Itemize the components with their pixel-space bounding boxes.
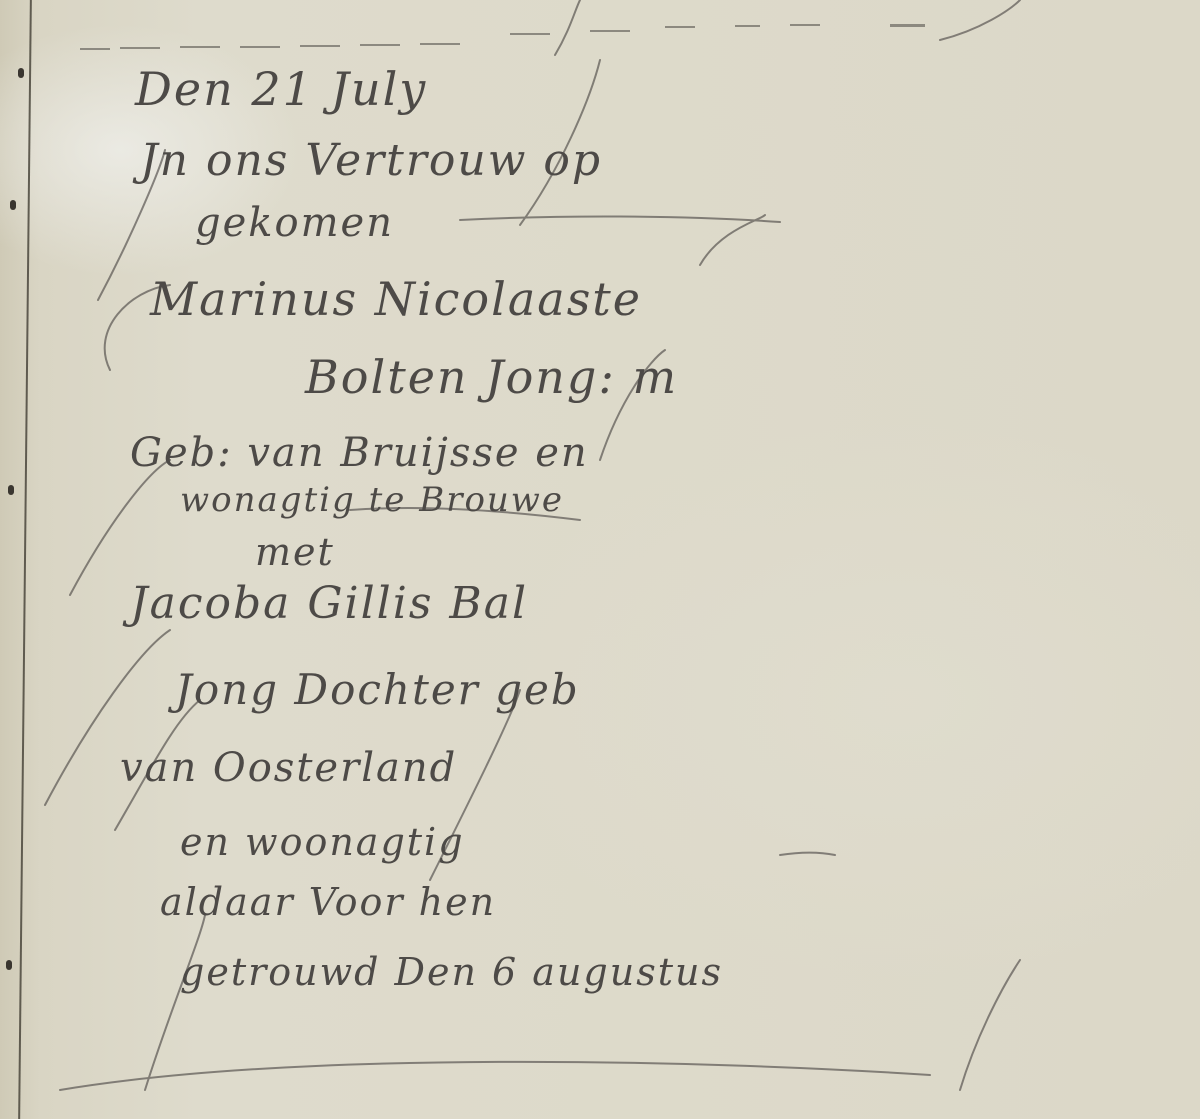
groom-name-line: Marinus Nicolaaste	[150, 272, 642, 326]
bride-name-line: Jacoba Gillis Bal	[130, 578, 528, 629]
entry-line: Jong Dochter geb	[175, 665, 580, 714]
entry-line: gekomen	[195, 200, 394, 246]
entry-line: en woonagtig	[180, 820, 465, 864]
entry-line: Geb: van Bruijsse en	[130, 430, 589, 476]
groom-surname-line: Bolten Jong: m	[305, 350, 678, 404]
wedding-date-line: getrouwd Den 6 augustus	[180, 950, 723, 994]
entry-line: aldaar Voor hen	[160, 880, 496, 924]
entry-line: van Oosterland	[120, 745, 457, 791]
entry-date-line: Den 21 July	[135, 62, 427, 116]
entry-line: Jn ons Vertrouw op	[140, 135, 602, 186]
scanned-page: Den 21 July Jn ons Vertrouw op gekomen M…	[0, 0, 1200, 1119]
entry-line: wonagtig te Brouwe	[180, 480, 564, 520]
entry-line: met	[255, 530, 335, 574]
